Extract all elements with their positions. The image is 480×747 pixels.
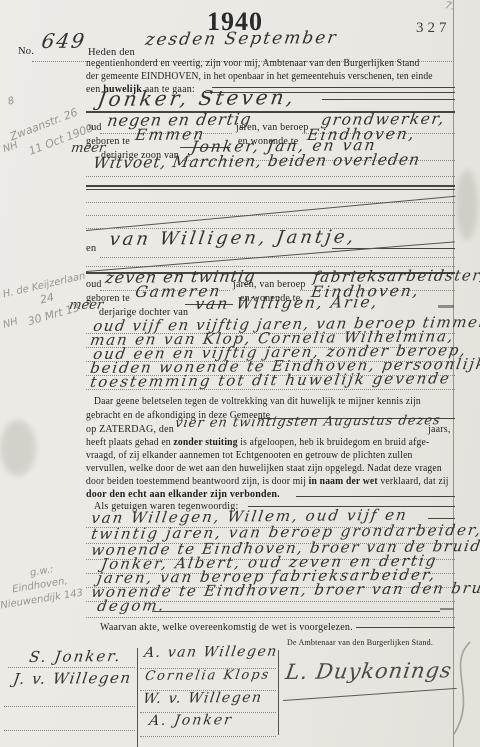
act-no-label: No. — [18, 46, 34, 57]
stuiting-b: zonder stuiting — [173, 437, 237, 448]
bleed-through-smudge — [0, 420, 36, 476]
ruling-line — [32, 61, 90, 62]
bride-parents-line: toestemming tot dit huwelijk gevende — [89, 369, 452, 391]
signature-divider — [278, 650, 279, 735]
groom-name: Jonker, Steven, — [96, 85, 298, 111]
signature-witness: W. v. Willegen — [142, 690, 264, 707]
heden-den-label: Heden den — [88, 47, 135, 58]
en-label: en — [86, 243, 96, 254]
ruling-line — [8, 667, 135, 668]
signature-underline — [283, 688, 457, 701]
signature-witness: Cornelia Klops — [144, 668, 271, 684]
body-vervullen: vervullen, welke door de wet aan den huw… — [86, 463, 442, 474]
bride-margin-religion: NH — [2, 316, 19, 331]
ruling-line — [86, 202, 455, 203]
jaren-beroep-label: jaren, van beroep — [233, 279, 306, 290]
bride-margin-address2: 24 — [39, 291, 56, 307]
stuiting-a: heeft plaats gehad en — [86, 437, 173, 448]
ruling-line — [100, 257, 455, 258]
section-rule — [86, 189, 455, 190]
marriage-certificate-page: 1940 327 7. No. 649 Heden den zesden Sep… — [0, 0, 480, 747]
naam-a: door beiden toestemmend beantwoord zijn,… — [86, 476, 309, 487]
ruling-line — [322, 99, 455, 100]
body-vraagd: vraagd, of zij elkander aannemen tot Ech… — [86, 450, 413, 461]
signature-official: L. Duykonings — [284, 658, 454, 684]
signature-witness: A. van Willegen — [143, 644, 279, 661]
witness-line: degom. — [96, 596, 167, 615]
body-echt-verbonden: door den echt aan elkander zijn verbonde… — [86, 489, 280, 500]
body-stuiting: heeft plaats gehad en zonder stuiting is… — [86, 437, 429, 448]
ambtenaar-label: De Ambtenaar van den Burgerlijken Stand. — [287, 638, 433, 647]
stuiting-c: is afgeloopen, heb ik bruidegom en bruid… — [238, 437, 430, 448]
ruling-line — [86, 617, 455, 618]
margin-note-gw: g.w.: — [29, 564, 54, 579]
signature-witness: A. Jonker — [148, 712, 234, 729]
oud-label: oud — [86, 279, 102, 290]
groom-margin-mark: 8 — [7, 95, 16, 107]
bride-margin-birthdate: 30 Mrt 13 — [26, 301, 81, 328]
groom-margin-religion: NH — [2, 140, 20, 155]
section-rule — [86, 185, 455, 187]
ruling-line — [356, 627, 455, 628]
ruling-line — [152, 611, 440, 612]
groom-parents-2: Witvoet, Marchien, beiden overleden — [92, 151, 421, 172]
intro-line-3: der gemeente EINDHOVEN, in het openbaar … — [86, 71, 433, 82]
ruling-line — [296, 496, 455, 497]
bride-father: van Willigen, Arie, — [194, 293, 380, 313]
signature-groom: S. Jonker. — [28, 647, 123, 666]
ruling-line — [428, 518, 455, 519]
act-number: 649 — [40, 29, 88, 53]
marriage-day-written: zesden September — [144, 28, 339, 50]
body-beletselen-1: Daar geene beletselen tegen de voltrekki… — [94, 396, 421, 407]
intro-line-2: negentienhonderd en veertig, zijn voor m… — [86, 58, 420, 69]
page-number: 327 — [416, 20, 451, 37]
signature-bride: J. v. Willegen — [12, 669, 133, 688]
ruling-line — [4, 730, 135, 731]
ruling-line — [86, 389, 455, 390]
ink-scribble — [440, 608, 454, 610]
marriage-banns-date: vier en twintigsten Augustus dezes — [174, 413, 442, 431]
ruling-line — [4, 706, 135, 707]
jaars-label: jaars, — [428, 424, 451, 435]
signature-divider — [137, 648, 138, 747]
ink-scribble — [438, 305, 454, 308]
naam-b: in naam der wet — [309, 476, 378, 487]
ruling-line — [86, 215, 455, 216]
body-naam-der-wet: door beiden toestemmend beantwoord zijn,… — [86, 476, 449, 487]
ruling-line — [86, 176, 455, 177]
ink-flourish — [438, 638, 480, 747]
zaterdag-label: op ZATERDAG, den — [86, 424, 174, 435]
jaren-beroep-label: jaren, van beroep — [236, 122, 309, 133]
ruling-line — [140, 736, 276, 737]
waarvan-akte-line: Waarvan akte, welke overeenkomstig de we… — [100, 622, 353, 633]
bride-name: van Willigen, Jantje, — [108, 226, 358, 250]
bleed-through-smudge — [456, 170, 478, 240]
naam-c: verklaard, dat zij — [378, 476, 449, 487]
